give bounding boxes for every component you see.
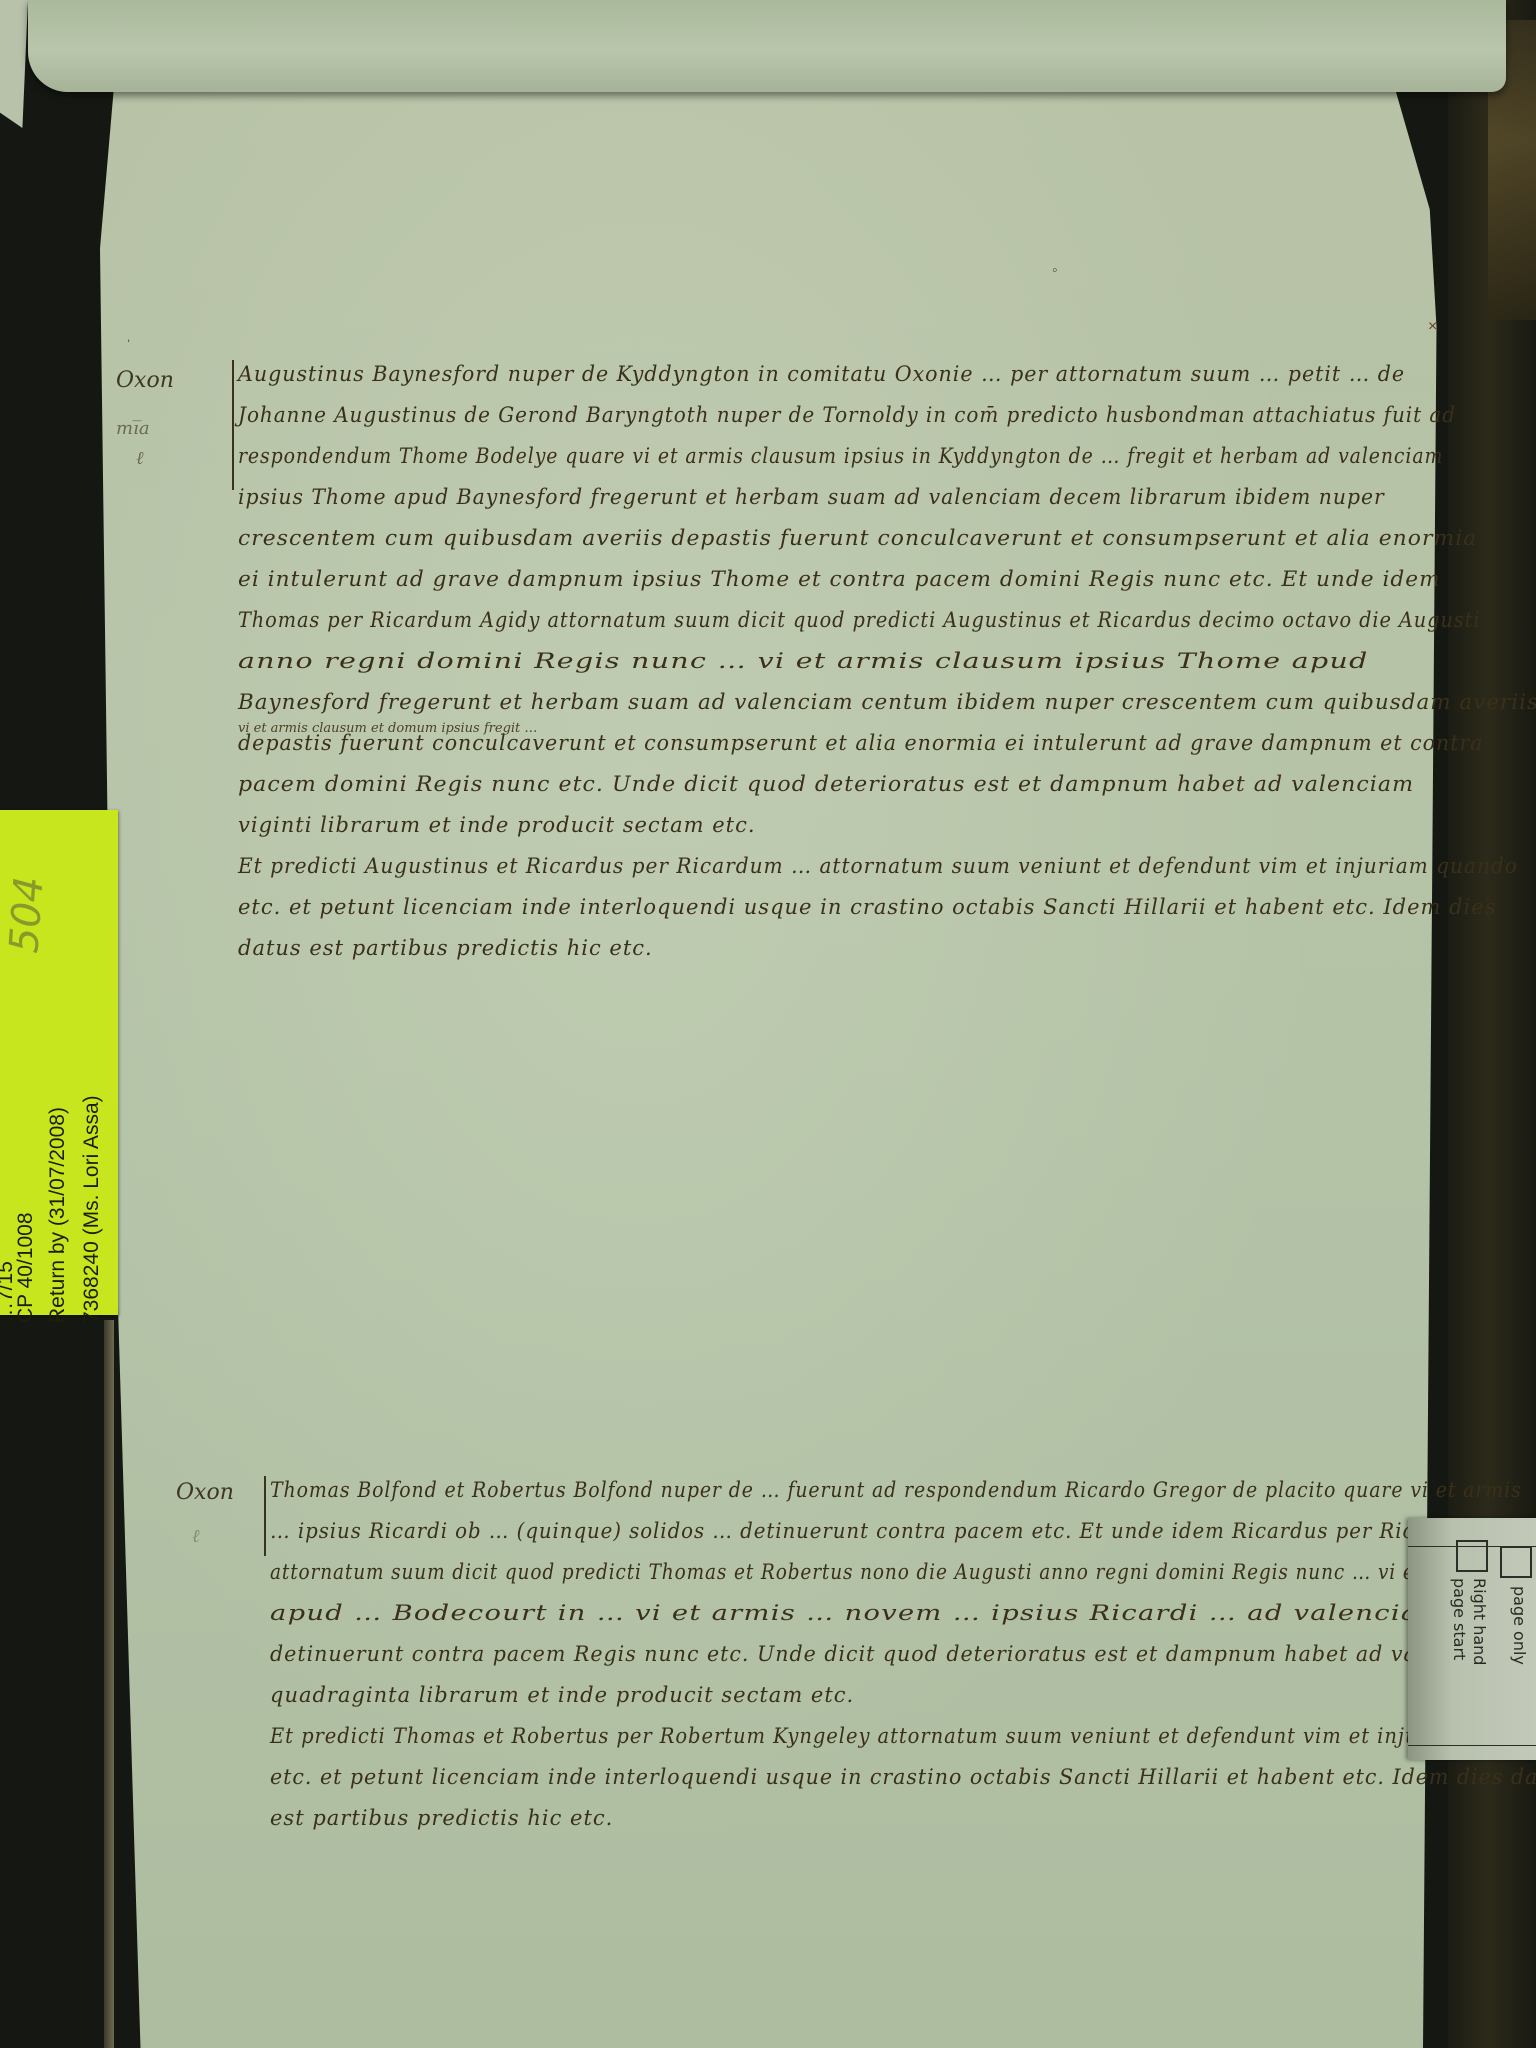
label-requester: 7368240 (Ms. Lori Assa)	[80, 1095, 104, 1323]
manuscript-line: quadraginta librarum et inde producit se…	[270, 1685, 1410, 1726]
ink-speck: ×	[1428, 318, 1437, 336]
manuscript-line: apud … Bodecourt in … vi et armis … nove…	[270, 1603, 1536, 1644]
option-page-only: page only	[1510, 1586, 1528, 1665]
manuscript-line: ipsius Thome apud Baynesford fregerunt e…	[238, 487, 1412, 528]
manuscript-line: Augustinus Baynesford nuper de Kyddyngto…	[238, 364, 1424, 405]
ink-speck: ◦	[1052, 262, 1058, 280]
previous-membrane-fold	[0, 0, 28, 128]
margin-mark-entry-1: ℓ	[136, 448, 144, 469]
label-reference: CP 40/1008	[14, 1212, 38, 1323]
margin-county-entry-1: Oxon	[116, 368, 174, 393]
manuscript-plea-line: datus est partibus predictis hic etc.	[238, 938, 1448, 979]
manuscript-line: depastis fuerunt conculcaverunt et consu…	[238, 733, 1424, 774]
membrane-left-edge	[104, 1320, 114, 2048]
ink-speck: ˌ	[126, 326, 131, 344]
option-page-start: page start	[1450, 1578, 1468, 1660]
option-right-hand: Right hand	[1470, 1578, 1488, 1665]
manuscript-line: pacem domini Regis nunc etc. Unde dicit …	[238, 774, 1509, 815]
manuscript-line: Thomas per Ricardum Agidy attornatum suu…	[238, 610, 1351, 651]
checkbox-page-only[interactable]	[1500, 1546, 1532, 1578]
manuscript-plea-line: etc. et petunt licenciam inde interloque…	[238, 897, 1448, 938]
manuscript-plea-line: Et predicti Thomas et Robertus per Rober…	[270, 1726, 1330, 1767]
manuscript-line: attornatum suum dicit quod predicti Thom…	[270, 1562, 1273, 1603]
manuscript-line: detinuerunt contra pacem Regis nunc etc.…	[270, 1644, 1387, 1685]
manuscript-plea-line: est partibus predictis hic etc.	[270, 1808, 1410, 1849]
manuscript-line: Thomas Bolfond et Robertus Bolfond nuper…	[270, 1480, 1296, 1521]
checkbox-right-hand-page-start[interactable]	[1456, 1540, 1488, 1572]
manuscript-line: respondendum Thome Bodelye quare vi et a…	[238, 446, 1327, 487]
margin-note-entry-1: mi̅a	[116, 418, 150, 439]
archive-request-label: …7/15 CP 40/1008 Return by (31/07/2008) …	[0, 810, 118, 1315]
rolled-membrane-top	[28, 0, 1506, 92]
manuscript-line: … ipsius Ricardi ob … (quinque) solidos …	[270, 1521, 1342, 1562]
manuscript-plea-line: etc. et petunt licenciam inde interloque…	[270, 1767, 1387, 1808]
manuscript-line: ei intulerunt ad grave dampnum ipsius Th…	[238, 569, 1484, 610]
manuscript-line: Johanne Augustinus de Gerond Baryngtoth …	[238, 405, 1388, 446]
label-handwritten-number: 504	[1, 875, 52, 954]
manuscript-line: viginti librarum et inde producit sectam…	[238, 815, 1448, 856]
entry-2-body: Thomas Bolfond et Robertus Bolfond nuper…	[270, 1480, 1410, 1849]
margin-mark-entry-2: ℓ	[192, 1526, 200, 1547]
manuscript-line: anno regni domini Regis nunc … vi et arm…	[238, 651, 1536, 692]
margin-county-entry-2: Oxon	[176, 1480, 234, 1505]
label-return-by: Return by (31/07/2008)	[46, 1107, 70, 1323]
entry-1-body: Augustinus Baynesford nuper de Kyddyngto…	[238, 364, 1448, 979]
manuscript-plea-line: Et predicti Augustinus et Ricardus per R…	[238, 856, 1400, 897]
manuscript-line: crescentem cum quibusdam averiis depasti…	[238, 528, 1496, 569]
page-format-slip: page only Right hand page start	[1408, 1518, 1536, 1760]
